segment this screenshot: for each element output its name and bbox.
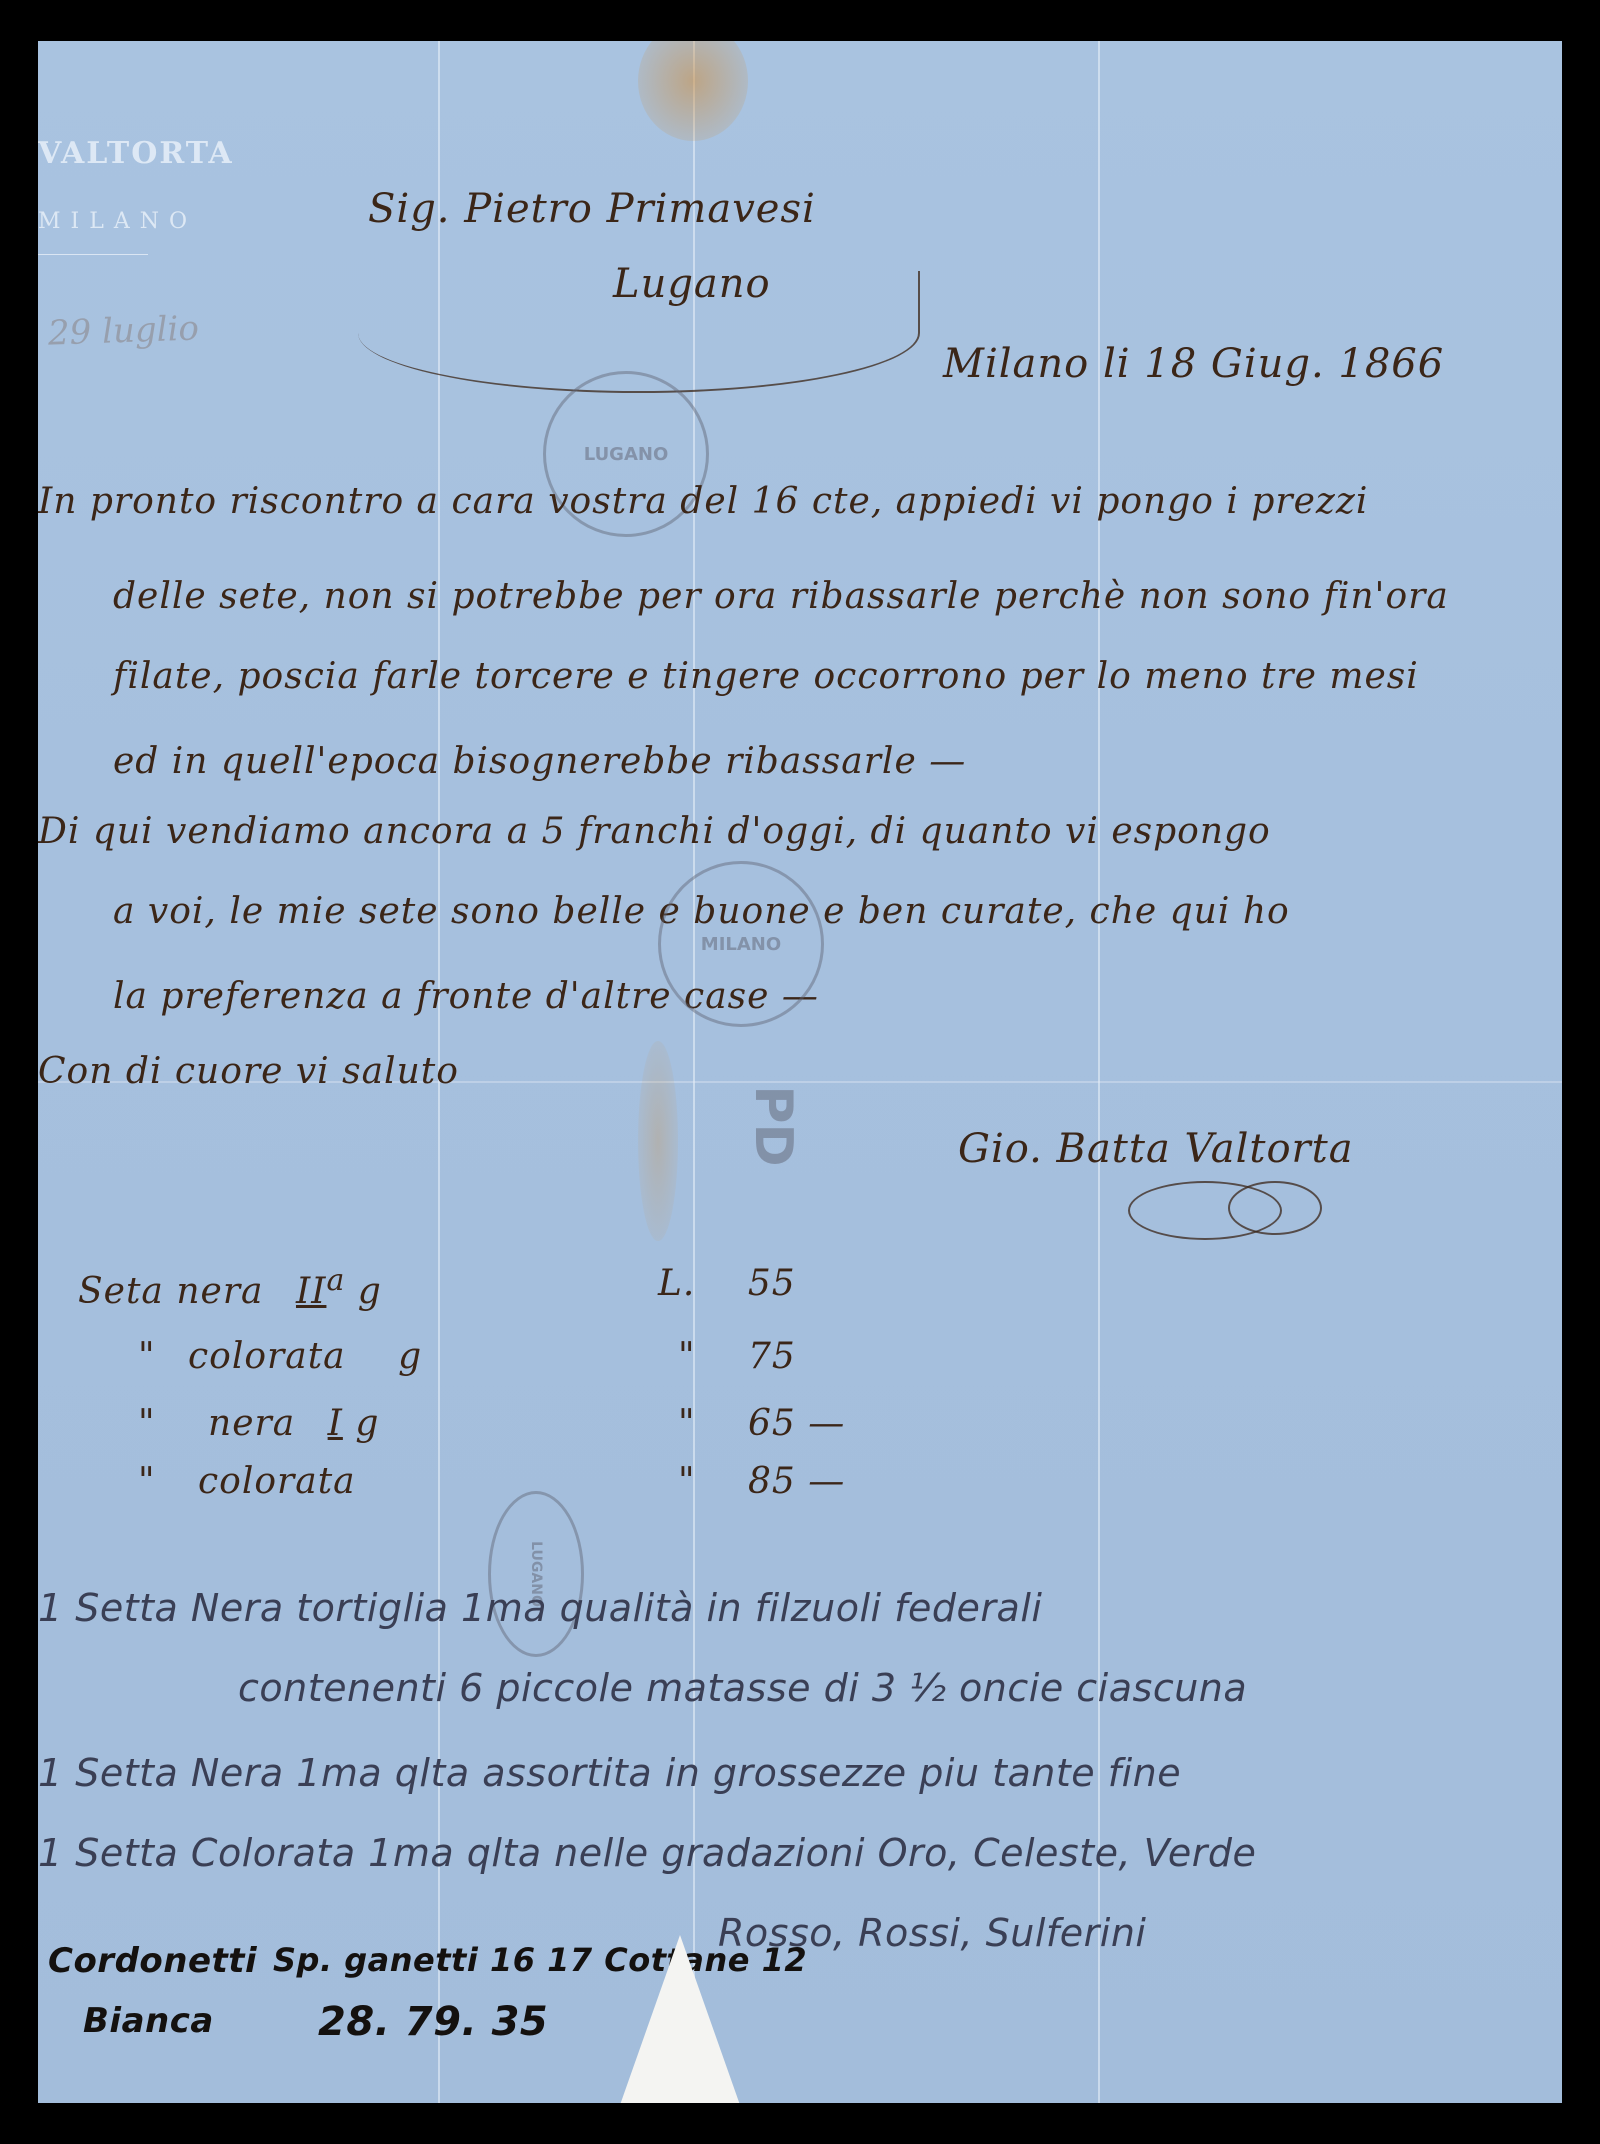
pencil-note-line: 1 Setta Nera 1ma qlta assortita in gross… [38, 1751, 1181, 1795]
price-row-prefix: " [138, 1461, 156, 1502]
price-row-currency: " [678, 1403, 696, 1444]
letterhead-city: MILANO [38, 209, 234, 234]
price-row-prefix: " [138, 1336, 156, 1377]
price-row-item: nera [208, 1403, 295, 1444]
signature: Gio. Batta Valtorta [958, 1126, 1354, 1172]
postmark-text: MILANO [701, 934, 781, 955]
price-row-unit: g [398, 1336, 422, 1377]
body-line: filate, poscia farle torcere e tingere o… [113, 656, 1419, 697]
postmark-text: PD [743, 1085, 803, 1166]
pencil-note-line: contenenti 6 piccole matasse di 3 ½ onci… [238, 1666, 1247, 1710]
ink-note-label: Cordonetti [48, 1941, 257, 1981]
postmark-stamp: MILANO [658, 861, 824, 1027]
price-row-price: 85 — [748, 1461, 845, 1502]
price-row-quality-sup: a [326, 1263, 345, 1298]
wax-stain [638, 41, 748, 141]
postmark-text: LUGANO [584, 444, 669, 465]
body-line: In pronto riscontro a cara vostra del 16… [38, 481, 1368, 522]
price-row-amount: " 65 — [678, 1403, 845, 1444]
paper-tear [620, 1935, 740, 2103]
pencil-note-line: 1 Setta Nera tortiglia 1ma qualità in fi… [38, 1586, 1042, 1630]
price-row-prefix: " [138, 1403, 156, 1444]
price-row: " colorata [138, 1461, 356, 1502]
price-row: Seta nera IIa g [78, 1263, 382, 1312]
letter-sheet: VALTORTA MILANO 29 luglio Sig. Pietro Pr… [38, 41, 1562, 2103]
recipient-name: Sig. Pietro Primavesi [368, 186, 816, 232]
body-line: Di qui vendiamo ancora a 5 franchi d'ogg… [38, 811, 1271, 852]
signature-flourish [1228, 1181, 1322, 1235]
letterhead-rule [38, 254, 148, 255]
price-row-currency: L. [658, 1263, 695, 1304]
price-row-price: 65 — [748, 1403, 845, 1444]
body-line: ed in quell'epoca bisognerebbe ribassarl… [113, 741, 966, 782]
price-row-currency: " [678, 1336, 696, 1377]
price-row-prefix: Seta [78, 1271, 164, 1312]
price-row-unit: g [358, 1271, 382, 1312]
dateline: Milano li 18 Giug. 1866 [943, 341, 1444, 387]
price-row-item: colorata [198, 1461, 356, 1502]
price-row-amount: " 85 — [678, 1461, 845, 1502]
price-row-quality: I [328, 1403, 343, 1444]
letterhead: VALTORTA MILANO [38, 136, 234, 255]
price-row-amount: L. 55 [658, 1263, 796, 1304]
price-row: " nera I g [138, 1403, 379, 1444]
letterhead-name: VALTORTA [38, 136, 234, 171]
price-row-item: colorata [188, 1336, 346, 1377]
ink-note-values: 28. 79. 35 [318, 1999, 548, 2045]
postmark-stamp: LUGANO [488, 1491, 584, 1657]
price-row-unit: g [355, 1403, 379, 1444]
price-row-item: nera [176, 1271, 263, 1312]
pencil-note-line: 1 Setta Colorata 1ma qlta nelle gradazio… [38, 1831, 1256, 1875]
wax-stain [638, 1041, 678, 1241]
price-row-price: 55 [748, 1263, 796, 1304]
bleed-through-text: 29 luglio [47, 308, 199, 353]
body-line: Con di cuore vi saluto [38, 1051, 459, 1092]
price-row: " colorata g [138, 1336, 422, 1377]
price-row-price: 75 [748, 1336, 796, 1377]
postmark-stamp: PD [718, 1091, 828, 1161]
ink-note-label: Bianca [83, 2001, 214, 2041]
price-row-currency: " [678, 1461, 696, 1502]
price-row-amount: " 75 [678, 1336, 796, 1377]
body-line: delle sete, non si potrebbe per ora riba… [113, 576, 1449, 617]
price-row-quality: II [296, 1271, 326, 1312]
